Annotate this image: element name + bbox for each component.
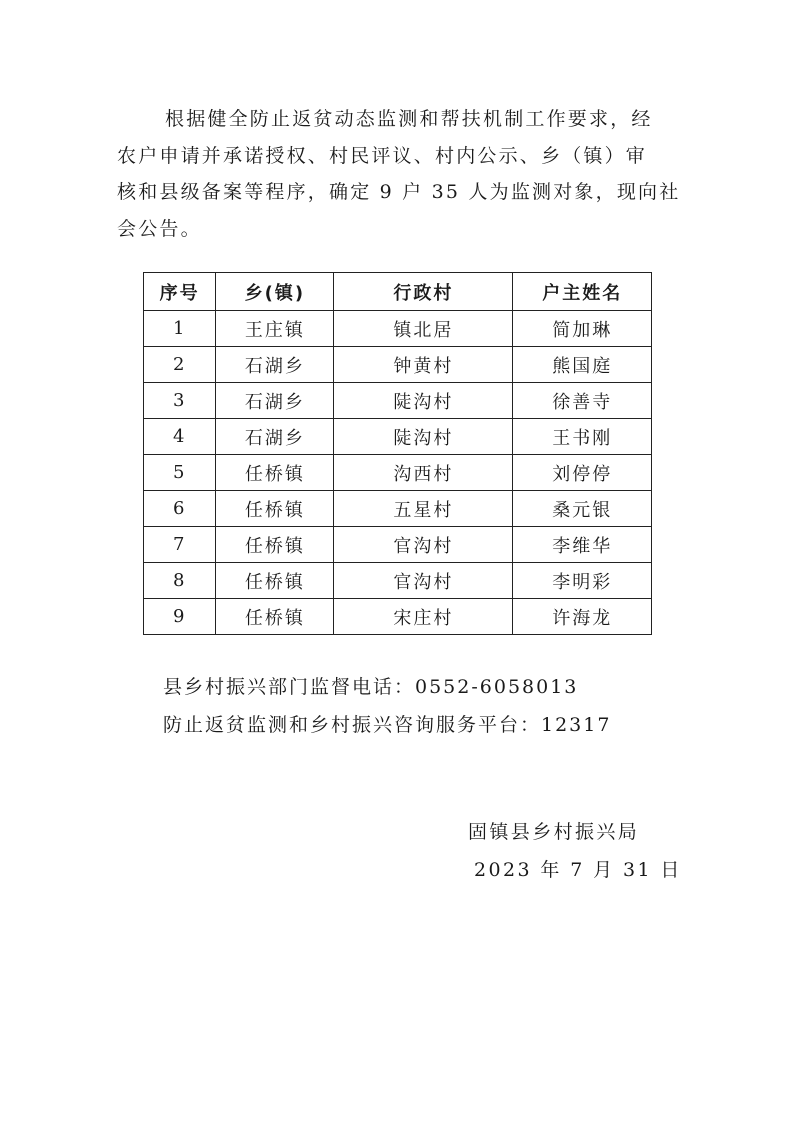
paragraph-line: 农户申请并承诺授权、村民评议、村内公示、乡（镇）审	[117, 138, 677, 175]
cell-serial: 3	[144, 383, 216, 419]
signature-block: 固镇县乡村振兴局 2023 年 7 月 31 日	[468, 813, 682, 889]
cell-township: 任桥镇	[216, 527, 334, 563]
table-row: 6 任桥镇 五星村 桑元银	[144, 491, 652, 527]
cell-serial: 1	[144, 311, 216, 347]
cell-village: 五星村	[334, 491, 513, 527]
cell-village: 沟西村	[334, 455, 513, 491]
cell-township: 石湖乡	[216, 383, 334, 419]
monitoring-targets-table: 序号 乡(镇) 行政村 户主姓名 1 王庄镇 镇北居 简加琳 2 石湖乡 钟黄村…	[143, 272, 652, 635]
cell-village: 宋庄村	[334, 599, 513, 635]
table-row: 9 任桥镇 宋庄村 许海龙	[144, 599, 652, 635]
cell-township: 石湖乡	[216, 347, 334, 383]
cell-village: 镇北居	[334, 311, 513, 347]
table-row: 7 任桥镇 官沟村 李维华	[144, 527, 652, 563]
table-row: 3 石湖乡 陡沟村 徐善寺	[144, 383, 652, 419]
cell-householder: 李维华	[513, 527, 652, 563]
issuing-authority: 固镇县乡村振兴局	[468, 813, 682, 851]
table-row: 1 王庄镇 镇北居 简加琳	[144, 311, 652, 347]
cell-township: 任桥镇	[216, 563, 334, 599]
supervision-phone: 县乡村振兴部门监督电话：0552-6058013	[163, 668, 611, 706]
cell-township: 王庄镇	[216, 311, 334, 347]
notice-paragraph: 根据健全防止返贫动态监测和帮扶机制工作要求，经 农户申请并承诺授权、村民评议、村…	[117, 101, 677, 247]
cell-serial: 5	[144, 455, 216, 491]
cell-serial: 9	[144, 599, 216, 635]
header-township: 乡(镇)	[216, 273, 334, 311]
table-row: 4 石湖乡 陡沟村 王书刚	[144, 419, 652, 455]
cell-village: 官沟村	[334, 527, 513, 563]
header-serial-number: 序号	[144, 273, 216, 311]
cell-householder: 许海龙	[513, 599, 652, 635]
table-row: 2 石湖乡 钟黄村 熊国庭	[144, 347, 652, 383]
cell-township: 任桥镇	[216, 455, 334, 491]
cell-householder: 桑元银	[513, 491, 652, 527]
cell-householder: 王书刚	[513, 419, 652, 455]
paragraph-line: 核和县级备案等程序，确定 9 户 35 人为监测对象，现向社	[117, 174, 677, 211]
cell-village: 陡沟村	[334, 383, 513, 419]
issue-date: 2023 年 7 月 31 日	[468, 851, 682, 889]
cell-householder: 简加琳	[513, 311, 652, 347]
cell-serial: 2	[144, 347, 216, 383]
table-row: 5 任桥镇 沟西村 刘停停	[144, 455, 652, 491]
cell-serial: 6	[144, 491, 216, 527]
cell-township: 任桥镇	[216, 491, 334, 527]
table-header-row: 序号 乡(镇) 行政村 户主姓名	[144, 273, 652, 311]
cell-householder: 徐善寺	[513, 383, 652, 419]
cell-householder: 刘停停	[513, 455, 652, 491]
paragraph-line: 根据健全防止返贫动态监测和帮扶机制工作要求，经	[117, 101, 677, 138]
cell-householder: 李明彩	[513, 563, 652, 599]
cell-serial: 8	[144, 563, 216, 599]
cell-serial: 4	[144, 419, 216, 455]
paragraph-line: 会公告。	[117, 211, 677, 248]
cell-serial: 7	[144, 527, 216, 563]
contact-info: 县乡村振兴部门监督电话：0552-6058013 防止返贫监测和乡村振兴咨询服务…	[163, 668, 611, 744]
cell-township: 任桥镇	[216, 599, 334, 635]
table-row: 8 任桥镇 官沟村 李明彩	[144, 563, 652, 599]
service-hotline: 防止返贫监测和乡村振兴咨询服务平台：12317	[163, 706, 611, 744]
header-village: 行政村	[334, 273, 513, 311]
header-householder-name: 户主姓名	[513, 273, 652, 311]
cell-township: 石湖乡	[216, 419, 334, 455]
cell-village: 官沟村	[334, 563, 513, 599]
cell-village: 陡沟村	[334, 419, 513, 455]
cell-village: 钟黄村	[334, 347, 513, 383]
cell-householder: 熊国庭	[513, 347, 652, 383]
